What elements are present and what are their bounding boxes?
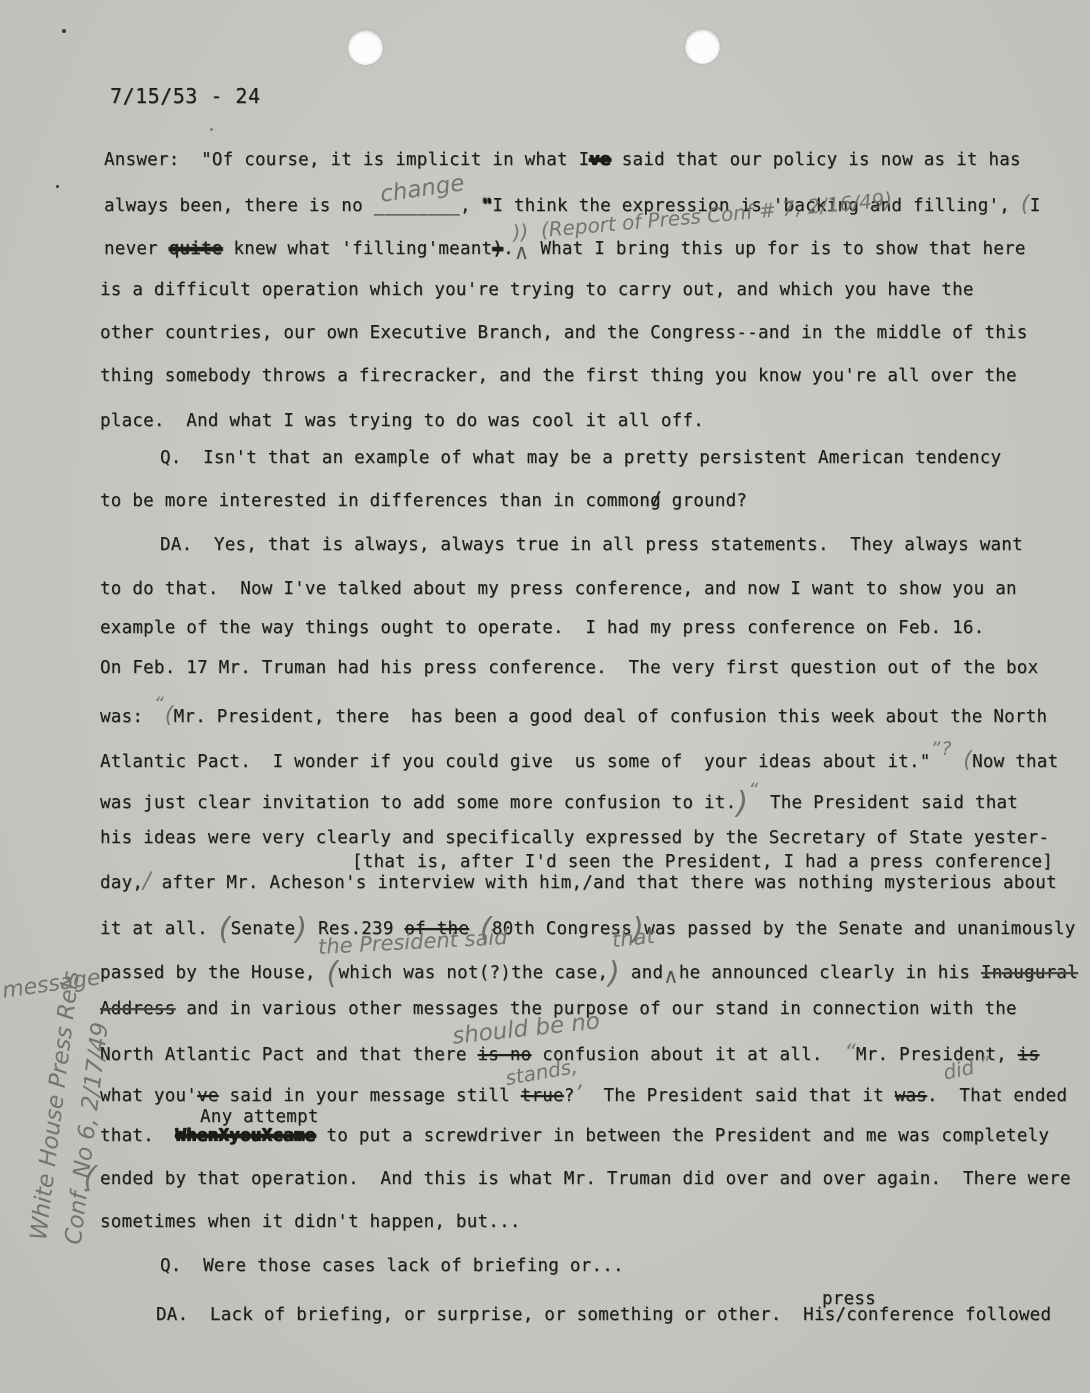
typed-segment: , xyxy=(460,196,482,216)
typed-segment: his ideas were very clearly and specific… xyxy=(100,828,1049,848)
typed-segment: knew what 'filling'meant xyxy=(223,239,493,259)
handwritten-mark: ( xyxy=(165,703,174,728)
typed-segment: what you' xyxy=(100,1086,197,1106)
typed-line: that. WhenXyouXcame to put a screwdriver… xyxy=(100,1126,1049,1146)
document-page: 7/15/53 - 24 Answer: "Of course, it is i… xyxy=(0,0,1090,1393)
date-page-header: 7/15/53 - 24 xyxy=(110,84,261,108)
typed-segment: Mr. President, xyxy=(856,1045,1018,1065)
handwritten-mark: ( xyxy=(1021,192,1030,217)
typed-line: ended by that operation. And this is wha… xyxy=(100,1169,1071,1189)
typed-segment: and xyxy=(620,963,663,983)
typed-segment: g xyxy=(650,491,661,511)
handwritten-mark: ’ xyxy=(575,1082,582,1107)
handwritten-mark: ) xyxy=(295,912,307,947)
typed-segment: sometimes when it didn't happen, but... xyxy=(100,1212,521,1232)
handwritten-mark: ) xyxy=(608,956,620,991)
typed-segment: said that our policy is now as it has xyxy=(611,150,1021,170)
typed-segment: other countries, our own Executive Branc… xyxy=(100,323,1028,343)
typed-segment: example of the way things ought to opera… xyxy=(100,618,984,638)
typed-segment: ve xyxy=(197,1086,219,1106)
typed-segment: which was not(?)the case, xyxy=(338,963,608,983)
typed-segment: DA. Lack of briefing, or surprise, or so… xyxy=(156,1305,1051,1325)
typed-line: to do that. Now I've talked about my pre… xyxy=(100,579,1017,599)
typed-segment: was just clear invitation to add some mo… xyxy=(100,793,736,813)
typed-segment: confusion about it at all. xyxy=(531,1045,844,1065)
typed-segment: day, xyxy=(100,873,143,893)
typed-line: Q. Were those cases lack of briefing or.… xyxy=(160,1256,624,1276)
punch-hole-left xyxy=(348,30,383,65)
typed-segment: ground? xyxy=(661,491,747,511)
handwritten-mark: ∧ xyxy=(663,964,679,988)
typed-segment: . That ended xyxy=(927,1086,1067,1106)
typed-line: was: “(Mr. President, there has been a g… xyxy=(100,703,1047,728)
paper-speck xyxy=(210,128,213,131)
typed-line: it at all. (Senate) Res.239 of the (80th… xyxy=(100,912,1076,947)
typed-line: his ideas were very clearly and specific… xyxy=(100,828,1049,848)
typed-segment: ? xyxy=(564,1086,575,1106)
handwritten-annotation: that xyxy=(611,924,656,952)
typed-line: Atlantic Pact. I wonder if you could giv… xyxy=(100,748,1058,773)
typed-segment: Now that xyxy=(972,752,1058,772)
typed-segment: is xyxy=(1018,1045,1040,1065)
typed-segment xyxy=(952,752,963,772)
typed-line: thing somebody throws a firecracker, and… xyxy=(100,366,1017,386)
typed-line: Any attempt xyxy=(200,1107,319,1127)
typed-segment: The President said that xyxy=(759,793,1018,813)
typed-segment: Any attempt xyxy=(200,1107,319,1127)
typed-segment: quite xyxy=(169,239,223,259)
typed-line: sometimes when it didn't happen, but... xyxy=(100,1212,521,1232)
typed-segment: What I bring this up for is to show that… xyxy=(530,239,1026,259)
typed-segment: DA. Yes, that is always, always true in … xyxy=(160,535,1023,555)
typed-segment: Q. Were those cases lack of briefing or.… xyxy=(160,1256,624,1276)
handwritten-mark: / xyxy=(143,869,151,894)
typed-line: Q. Isn't that an example of what may be … xyxy=(160,448,1001,468)
typed-segment: said in your message still xyxy=(219,1086,521,1106)
typed-segment: that. xyxy=(100,1126,176,1146)
paper-speck xyxy=(62,29,66,33)
typed-line: is a difficult operation which you're tr… xyxy=(100,280,974,300)
typed-segment: ve xyxy=(589,150,611,170)
typed-line: DA. Yes, that is always, always true in … xyxy=(160,535,1023,555)
typed-line: to be more interested in differences tha… xyxy=(100,491,747,511)
typed-line: DA. Lack of briefing, or surprise, or so… xyxy=(156,1305,1051,1325)
typed-segment: Answer: "Of course, it is implicit in wh… xyxy=(104,150,589,170)
typed-segment: I xyxy=(1030,196,1041,216)
handwritten-mark: “ xyxy=(844,1041,856,1066)
typed-segment: was passed by the Senate and unanimously xyxy=(644,919,1075,939)
typed-line: was just clear invitation to add some mo… xyxy=(100,786,1018,821)
punch-hole-right xyxy=(685,29,720,64)
typed-segment: ended by that operation. And this is wha… xyxy=(100,1169,1071,1189)
typed-segment: Q. Isn't that an example of what may be … xyxy=(160,448,1001,468)
typed-segment: The President said that it xyxy=(582,1086,895,1106)
typed-segment: Atlantic Pact. I wonder if you could giv… xyxy=(100,752,931,772)
typed-line: day,/ after Mr. Acheson's interview with… xyxy=(100,869,1057,894)
typed-segment: he announced clearly in his xyxy=(679,963,981,983)
paper-speck xyxy=(56,185,59,188)
typed-segment: was xyxy=(895,1086,927,1106)
typed-segment: to be more interested in differences tha… xyxy=(100,491,650,511)
typed-segment: true xyxy=(521,1086,564,1106)
typed-segment: Inaugural xyxy=(981,963,1078,983)
typed-segment: Senate xyxy=(231,919,296,939)
typed-line: other countries, our own Executive Branc… xyxy=(100,323,1028,343)
typed-segment: Mr. President, there has been a good dea… xyxy=(174,707,1048,727)
handwritten-mark: ”? xyxy=(931,738,953,760)
typed-segment: place. And what I was trying to do was c… xyxy=(100,411,704,431)
typed-segment: On Feb. 17 Mr. Truman had his press conf… xyxy=(100,658,1038,678)
typed-segment: never xyxy=(104,239,169,259)
handwritten-mark: “ xyxy=(748,779,759,801)
handwritten-mark: ) xyxy=(736,786,748,821)
typed-segment: to do that. Now I've talked about my pre… xyxy=(100,579,1017,599)
handwritten-mark: ( xyxy=(219,912,231,947)
typed-line: what you've said in your message still t… xyxy=(100,1082,1067,1107)
typed-line: always been, there is no ________, "I th… xyxy=(104,192,1040,217)
margin-note-vertical: White House Press Rels Conf. No 6, 2/17/… xyxy=(22,896,133,1247)
typed-segment: always been, there is no xyxy=(104,196,374,216)
handwritten-mark: “ xyxy=(154,693,165,715)
typed-line: example of the way things ought to opera… xyxy=(100,618,984,638)
typed-segment: thing somebody throws a firecracker, and… xyxy=(100,366,1017,386)
typed-segment: to put a screwdriver in between the Pres… xyxy=(316,1126,1049,1146)
typed-segment: after Mr. Acheson's interview with him,/… xyxy=(151,873,1057,893)
typed-segment: passed by the House, xyxy=(100,963,327,983)
typed-segment: is a difficult operation which you're tr… xyxy=(100,280,974,300)
typed-segment: . xyxy=(503,239,514,259)
handwritten-mark: ( xyxy=(963,748,972,773)
typed-segment: North Atlantic Pact and that there xyxy=(100,1045,478,1065)
typed-line: passed by the House, (which was not(?)th… xyxy=(100,956,1078,991)
typed-segment: ) xyxy=(492,239,503,259)
typed-segment: was: xyxy=(100,707,154,727)
handwritten-mark: ( xyxy=(327,956,339,991)
typed-line: On Feb. 17 Mr. Truman had his press conf… xyxy=(100,658,1038,678)
typed-line: Answer: "Of course, it is implicit in wh… xyxy=(104,150,1021,170)
typed-segment: " xyxy=(482,196,493,216)
typed-segment: WhenXyouXcame xyxy=(176,1126,316,1146)
typed-line: place. And what I was trying to do was c… xyxy=(100,411,704,431)
